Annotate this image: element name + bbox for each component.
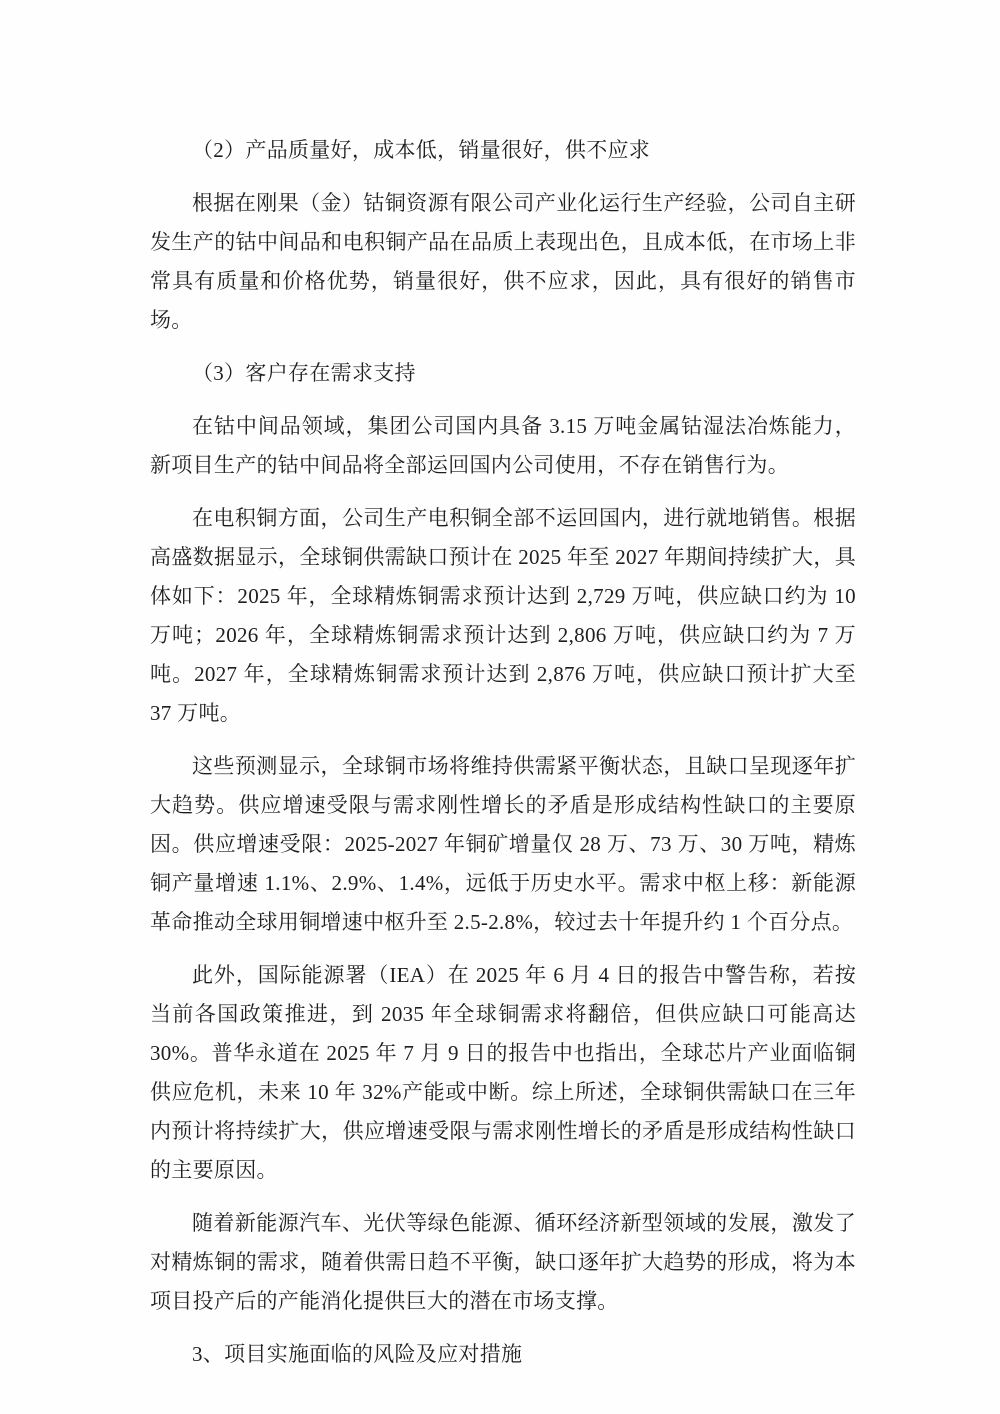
document-page: （2）产品质量好，成本低，销量很好，供不应求 根据在刚果（金）钴铜资源有限公司产… bbox=[0, 0, 1000, 1414]
section-heading-2-product-quality: （2）产品质量好，成本低，销量很好，供不应求 bbox=[150, 131, 856, 170]
paragraph-forecast-analysis: 这些预测显示，全球铜市场将维持供需紧平衡状态，且缺口呈现逐年扩大趋势。供应增速受… bbox=[150, 747, 856, 942]
document-body: （2）产品质量好，成本低，销量很好，供不应求 根据在刚果（金）钴铜资源有限公司产… bbox=[150, 131, 856, 1388]
paragraph-cobalt-intermediate: 在钴中间品领域，集团公司国内具备 3.15 万吨金属钴湿法冶炼能力，新项目生产的… bbox=[150, 407, 856, 485]
paragraph-iea-warning: 此外，国际能源署（IEA）在 2025 年 6 月 4 日的报告中警告称，若按当… bbox=[150, 956, 856, 1190]
paragraph-production-experience: 根据在刚果（金）钴铜资源有限公司产业化运行生产经验，公司自主研发生产的钴中间品和… bbox=[150, 184, 856, 340]
paragraph-copper-supply-gap-forecast: 在电积铜方面，公司生产电积铜全部不运回国内，进行就地销售。根据高盛数据显示，全球… bbox=[150, 499, 856, 733]
paragraph-new-energy-market-support: 随着新能源汽车、光伏等绿色能源、循环经济新型领域的发展，激发了对精炼铜的需求，随… bbox=[150, 1204, 856, 1321]
section-heading-3-customer-demand: （3）客户存在需求支持 bbox=[150, 354, 856, 393]
section-heading-project-risks: 3、项目实施面临的风险及应对措施 bbox=[150, 1335, 856, 1374]
